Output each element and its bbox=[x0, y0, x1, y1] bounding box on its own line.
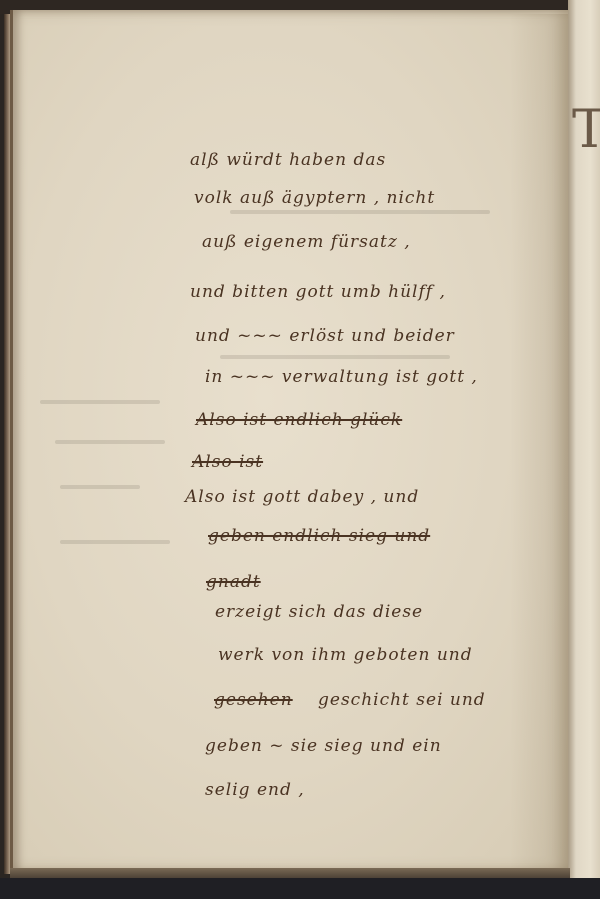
manuscript-line: erzeigt sich das diese bbox=[215, 602, 423, 622]
scan-bottom-border bbox=[0, 878, 600, 899]
manuscript-line: Also ist gott dabey , und bbox=[185, 487, 419, 507]
struck-manuscript-line: Also ist bbox=[192, 452, 263, 472]
manuscript-line: werk von ihm geboten und bbox=[218, 645, 473, 665]
bleed-through-stroke bbox=[40, 400, 160, 404]
bleed-through-stroke bbox=[55, 440, 165, 444]
manuscript-line: und bitten gott umb hülff , bbox=[190, 282, 446, 302]
manuscript-line: in ~~~ verwaltung ist gott , bbox=[205, 367, 478, 387]
manuscript-line: auß eigenem fürsatz , bbox=[202, 232, 411, 252]
facing-page-letter: T bbox=[572, 100, 600, 160]
manuscript-line: geben ~ sie sieg und ein bbox=[205, 736, 442, 756]
manuscript-line: selig end , bbox=[205, 780, 305, 800]
manuscript-line: alß würdt haben das bbox=[190, 150, 386, 170]
manuscript-line: geschicht sei und bbox=[318, 690, 486, 710]
manuscript-line: volk auß ägyptern , nicht bbox=[194, 188, 435, 208]
bleed-through-stroke bbox=[60, 485, 140, 489]
manuscript-line: und ~~~ erlöst und beider bbox=[195, 326, 455, 346]
bleed-through-stroke bbox=[220, 355, 450, 359]
struck-manuscript-line: Also ist endlich glück bbox=[196, 410, 402, 430]
struck-manuscript-line: gnadt bbox=[206, 572, 261, 592]
page-gutter-shadow bbox=[510, 14, 568, 874]
struck-manuscript-line: geben endlich sieg und bbox=[208, 526, 430, 546]
bleed-through-stroke bbox=[230, 210, 490, 214]
struck-manuscript-line: gesehen bbox=[214, 690, 293, 710]
bleed-through-stroke bbox=[60, 540, 170, 544]
